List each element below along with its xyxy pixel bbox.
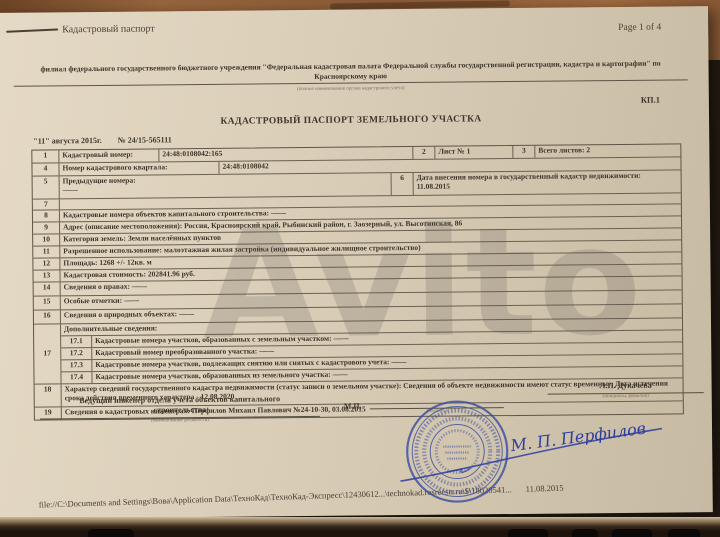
row-num: 11 (33, 246, 59, 257)
dark-letter-shape (668, 529, 700, 537)
cell-label: Кадастровый номер: (58, 149, 158, 162)
row-num: 9 (33, 222, 59, 233)
underlying-documents (0, 517, 720, 537)
entry-date-cell: Дата внесения номера в государственный к… (413, 170, 681, 195)
form-code: КП.1 (641, 95, 660, 105)
dark-letter-shape (572, 529, 598, 537)
position-block: Ведущий инженер отдела учета объектов ка… (40, 394, 320, 426)
additional-info-block: Дополнительные сведения: 17.1 Кадастровы… (60, 318, 683, 383)
row-num: 4 (32, 163, 58, 175)
doc-date-number: "11" августа 2015г.№ 24/15-565111 (33, 135, 172, 145)
sub-num: 17.4 (61, 372, 92, 383)
stamp-place-label: М.П. (344, 401, 362, 410)
org-name: филиал федерального государственного бюд… (14, 58, 687, 87)
row-num: 2 (412, 147, 434, 159)
print-header-left: Кадастровый паспорт (6, 23, 155, 35)
cadastral-table: 1 Кадастровый номер: 24:48:0108042:165 2… (31, 143, 684, 420)
row-num: 7 (33, 199, 59, 209)
photo-of-document: Кадастровый паспорт Page 1 of 4 филиал ф… (0, 0, 720, 537)
row-num: 15 (34, 296, 60, 309)
sub-num: 17.3 (61, 360, 92, 371)
dark-letter-shape (508, 529, 548, 537)
row-num: 5 (33, 176, 59, 198)
page-number: Page 1 of 4 (618, 23, 661, 33)
pen-dash-line (6, 28, 58, 32)
official-name-block: Л.П. Дукачева (инициалы, фамилия) (548, 380, 704, 399)
row-num: 14 (34, 282, 60, 295)
cadastral-number-value: 24:48:0108042:165 (158, 147, 412, 161)
print-header-title: Кадастровый паспорт (62, 23, 155, 35)
row-num: 3 (512, 146, 534, 158)
doc-number: № 24/15-565111 (118, 135, 172, 145)
position-caption: (наименование должности) (40, 417, 320, 426)
table-row-17: 17 Дополнительные сведения: 17.1 Кадастр… (34, 317, 683, 383)
row-num: 10 (33, 234, 59, 245)
row-num: 8 (33, 210, 59, 221)
document-title: КАДАСТРОВЫЙ ПАСПОРТ ЗЕМЕЛЬНОГО УЧАСТКА (0, 112, 709, 129)
document-page: Кадастровый паспорт Page 1 of 4 филиал ф… (0, 6, 713, 519)
total-sheets: Всего листов: 2 (534, 144, 680, 157)
row-num: 17 (34, 324, 61, 383)
row-num: 13 (33, 270, 59, 281)
row-num: 12 (33, 258, 59, 269)
official-name: Л.П. Дукачева (548, 380, 704, 390)
doc-date: "11" августа 2015г. (33, 136, 102, 146)
previous-numbers-cell: Предыдущие номера: —— (59, 173, 391, 198)
cell-label: Номер кадастрового квартала: (58, 162, 218, 176)
dark-letter-shape (88, 529, 134, 537)
dark-letter-shape (612, 529, 652, 537)
row-num: 6 (391, 173, 413, 195)
sub-num: 17.2 (61, 348, 92, 359)
row-num: 16 (34, 310, 60, 323)
row-num: 1 (32, 150, 58, 162)
sheet-number: Лист № 1 (434, 146, 512, 159)
sub-num: 17.1 (61, 336, 92, 347)
